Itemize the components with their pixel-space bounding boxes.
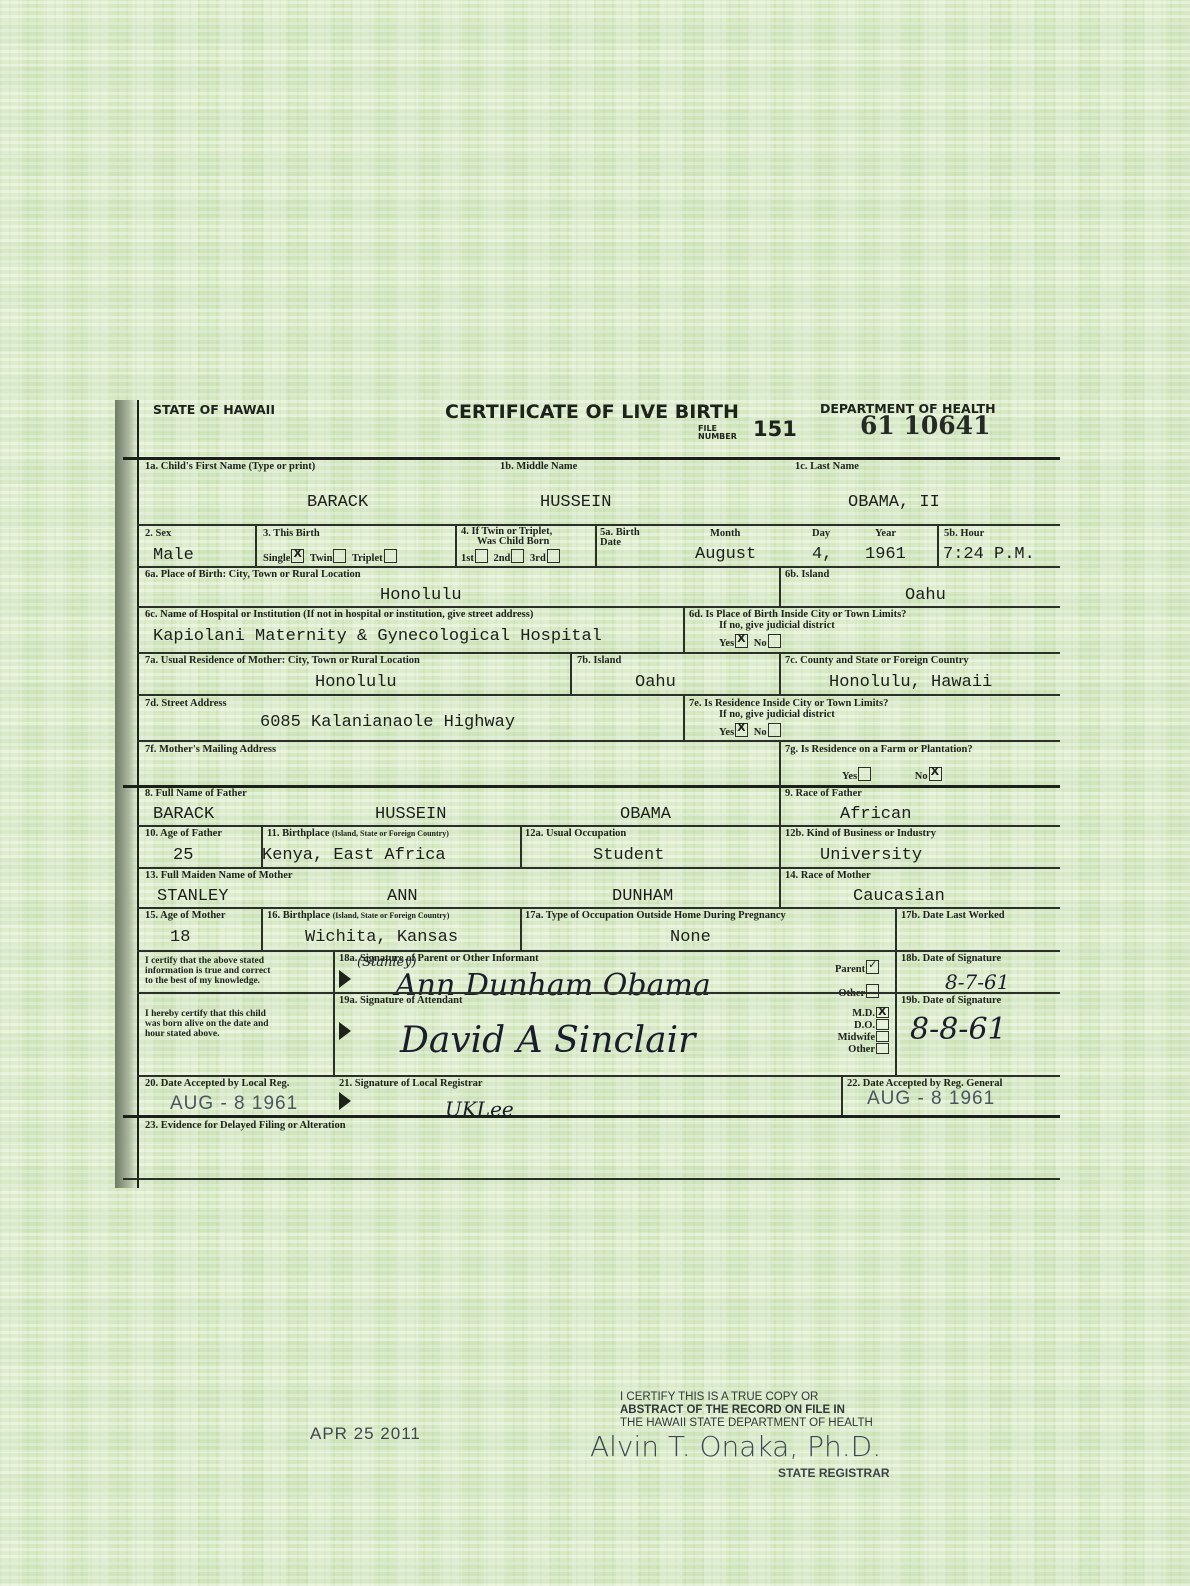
checkbox-parent[interactable]: ✓	[866, 960, 879, 974]
twin-order-options: 1st 2nd 3rd	[461, 549, 563, 565]
label-father-occupation: 12a. Usual Occupation	[525, 828, 626, 840]
checkbox-midwife[interactable]	[876, 1031, 889, 1042]
child-last-name: OBAMA, II	[848, 493, 940, 512]
row-divider	[137, 867, 1060, 869]
residence-city: Honolulu	[315, 673, 397, 692]
checkbox-place-inside-yes[interactable]: X	[735, 634, 748, 648]
col-divider	[520, 825, 522, 867]
col-divider	[937, 524, 939, 566]
father-middle-name: HUSSEIN	[375, 805, 446, 824]
col-divider	[595, 524, 597, 566]
father-first-name: BARACK	[153, 805, 214, 824]
label-last-name: 1c. Last Name	[795, 461, 859, 473]
label-first-name: 1a. Child's First Name (Type or print)	[145, 461, 315, 473]
father-age: 25	[173, 846, 193, 865]
mother-birthplace: Wichita, Kansas	[305, 928, 458, 947]
row-divider	[137, 825, 1060, 827]
birth-certificate: STATE OF HAWAII CERTIFICATE OF LIVE BIRT…	[115, 400, 1060, 1188]
label-residence-city: 7a. Usual Residence of Mother: City, Tow…	[145, 655, 420, 667]
left-border	[137, 400, 139, 1188]
option-do-label: D.O.	[854, 1020, 875, 1031]
child-middle-name: HUSSEIN	[540, 493, 611, 512]
certify-line: hour stated above.	[145, 1029, 269, 1039]
date-accepted-general-stamp: AUG - 8 1961	[867, 1088, 995, 1110]
label-father-age: 10. Age of Father	[145, 828, 222, 840]
row-divider	[137, 992, 1060, 994]
label-father-race: 9. Race of Father	[785, 788, 862, 800]
col-divider	[520, 907, 522, 950]
label-father-name: 8. Full Name of Father	[145, 788, 247, 800]
col-divider	[841, 1075, 843, 1115]
birthplace-label: 11. Birthplace	[267, 828, 329, 839]
child-sex: Male	[153, 546, 194, 565]
label-attendant-signature: 19a. Signature of Attendant	[339, 995, 462, 1007]
checkbox-attendant-other[interactable]	[876, 1043, 889, 1054]
row-divider	[137, 652, 1060, 654]
label-middle-name: 1b. Middle Name	[500, 461, 577, 473]
header-divider	[123, 457, 1060, 460]
checkbox-twin[interactable]	[333, 549, 346, 563]
certificate-number: 61 10641	[860, 411, 990, 440]
mother-age: 18	[170, 928, 190, 947]
attendant-certify-text: I hereby certify that this child was bor…	[145, 1009, 269, 1039]
label-year: Year	[875, 528, 896, 540]
birth-hour: 7:24 P.M.	[943, 545, 1035, 564]
option-md-label: M.D.	[852, 1008, 875, 1019]
twin-label-line2: Was Child Born	[461, 537, 552, 547]
row-divider	[137, 524, 1060, 526]
col-divider	[779, 652, 781, 694]
col-divider	[779, 785, 781, 825]
label-twin-order: 4. If Twin or Triplet, Was Child Born	[461, 527, 552, 547]
state-registrar-title: STATE REGISTRAR	[778, 1466, 890, 1480]
row-divider	[137, 606, 1060, 608]
label-date-local: 20. Date Accepted by Local Reg.	[145, 1078, 289, 1090]
sign-here-arrow-icon	[339, 1092, 351, 1110]
row-divider	[137, 694, 1060, 696]
checkbox-single[interactable]: X	[291, 549, 304, 563]
label-hour: 5b. Hour	[944, 528, 984, 540]
col-divider	[683, 606, 685, 652]
row-divider	[137, 1075, 1060, 1077]
checkbox-triplet[interactable]	[384, 549, 397, 563]
col-divider	[779, 566, 781, 606]
label-birth-date: 5a. Birth Date	[600, 528, 640, 548]
place-island: Oahu	[905, 586, 946, 605]
option-1st-label: 1st	[461, 553, 474, 564]
attendant-signature[interactable]: David A Sinclair	[400, 1020, 695, 1061]
mother-middle-name: ANN	[387, 887, 418, 906]
label-day: Day	[812, 528, 830, 540]
farm-options: Yes NoX	[842, 767, 945, 783]
label-local-registrar-signature: 21. Signature of Local Registrar	[339, 1078, 483, 1090]
birth-year: 1961	[865, 545, 906, 564]
section-divider	[123, 785, 1060, 788]
col-divider	[683, 694, 685, 740]
label-residence-judicial: If no, give judicial district	[719, 709, 835, 721]
col-divider	[455, 524, 457, 566]
label-judicial-district: If no, give judicial district	[719, 620, 835, 632]
col-divider	[895, 907, 897, 950]
label-this-birth: 3. This Birth	[263, 528, 320, 540]
scan-edge-shadow	[115, 400, 137, 1188]
option-twin-label: Twin	[310, 553, 333, 564]
birth-month: August	[695, 545, 756, 564]
certify-line: was born alive on the date and	[145, 1019, 269, 1029]
hospital-name: Kapiolani Maternity & Gynecological Hosp…	[153, 627, 602, 646]
mother-race: Caucasian	[853, 887, 945, 906]
label-residence-island: 7b. Island	[577, 655, 621, 667]
col-divider	[255, 524, 257, 566]
file-label-2: NUMBER	[698, 433, 737, 441]
col-divider	[895, 950, 897, 1075]
row-divider	[137, 740, 1060, 742]
row-divider	[137, 950, 1060, 952]
checkbox-residence-inside-no[interactable]	[768, 723, 781, 737]
place-city: Honolulu	[380, 586, 462, 605]
col-divider	[779, 867, 781, 907]
label-evidence: 23. Evidence for Delayed Filing or Alter…	[145, 1120, 346, 1132]
checkbox-farm-yes[interactable]	[858, 767, 871, 781]
option-other-label: Other	[848, 1044, 875, 1055]
attendant-signature-date: 8-8-61	[910, 1012, 1007, 1047]
label-mother-race: 14. Race of Mother	[785, 870, 871, 882]
col-divider	[779, 825, 781, 867]
label-date-last-worked: 17b. Date Last Worked	[901, 910, 1005, 922]
father-birthplace: Kenya, East Africa	[262, 846, 446, 865]
label-residence-county: 7c. County and State or Foreign Country	[785, 655, 969, 667]
label-mailing-address: 7f. Mother's Mailing Address	[145, 744, 276, 756]
option-single-label: Single	[263, 553, 290, 564]
option-triplet-label: Triplet	[352, 553, 383, 564]
label-sex: 2. Sex	[145, 528, 171, 540]
birthplace-sublabel: (Island, State or Foreign Country)	[333, 911, 450, 920]
option-yes-label: Yes	[719, 638, 734, 649]
residence-county: Honolulu, Hawaii	[829, 673, 992, 692]
father-industry: University	[820, 846, 922, 865]
label-father-birthplace: 11. Birthplace (Island, State or Foreign…	[267, 828, 449, 840]
row-divider	[137, 566, 1060, 568]
option-3rd-label: 3rd	[530, 553, 546, 564]
certification-date-stamp: APR 25 2011	[310, 1424, 421, 1444]
col-divider	[779, 740, 781, 785]
child-first-name: BARACK	[307, 493, 368, 512]
option-no-label: No	[754, 727, 767, 738]
inside-limits-options: YesX No	[719, 634, 784, 650]
certify-line: I certify that the above stated	[145, 956, 270, 966]
option-yes-label: Yes	[842, 771, 857, 782]
state-heading: STATE OF HAWAII	[153, 402, 275, 417]
checkbox-do[interactable]	[876, 1019, 889, 1030]
father-occupation: Student	[593, 846, 664, 865]
file-number-label: FILE NUMBER	[698, 425, 737, 441]
option-parent-label: Parent	[835, 964, 865, 975]
residence-street: 6085 Kalanianaole Highway	[260, 713, 515, 732]
certify-line: to the best of my knowledge.	[145, 976, 270, 986]
residence-island: Oahu	[635, 673, 676, 692]
col-divider	[333, 950, 335, 1075]
birthplace-sublabel: (Island, State or Foreign Country)	[332, 829, 449, 838]
label-mother-occupation: 17a. Type of Occupation Outside Home Dur…	[525, 910, 786, 922]
date-accepted-local-stamp: AUG - 8 1961	[170, 1093, 298, 1115]
row-divider	[137, 907, 1060, 909]
option-midwife-label: Midwife	[838, 1032, 875, 1043]
option-2nd-label: 2nd	[493, 553, 510, 564]
checkbox-residence-inside-yes[interactable]: X	[735, 723, 748, 737]
checkbox-3rd[interactable]	[547, 549, 560, 563]
certify-line: ABSTRACT OF THE RECORD ON FILE IN	[620, 1404, 873, 1417]
father-race: African	[840, 805, 911, 824]
sign-here-arrow-icon	[339, 1022, 351, 1040]
certification-statement: I CERTIFY THIS IS A TRUE COPY OR ABSTRAC…	[620, 1391, 873, 1430]
label-month: Month	[710, 528, 740, 540]
attendant-type-options: M.D.X D.O. Midwife Other	[810, 1007, 892, 1055]
col-divider	[261, 907, 263, 950]
this-birth-options: SingleX Twin Triplet	[263, 549, 400, 565]
option-no-label: No	[915, 771, 928, 782]
document-title: CERTIFICATE OF LIVE BIRTH	[445, 401, 739, 423]
label-hospital: 6c. Name of Hospital or Institution (If …	[145, 609, 533, 621]
certify-line: THE HAWAII STATE DEPARTMENT OF HEALTH	[620, 1417, 873, 1430]
father-last-name: OBAMA	[620, 805, 671, 824]
informant-certify-text: I certify that the above stated informat…	[145, 956, 270, 986]
section-divider	[123, 1115, 1060, 1118]
option-yes-label: Yes	[719, 727, 734, 738]
informant-relation-options: Parent✓ Other	[835, 960, 882, 1000]
mother-last-name: DUNHAM	[612, 887, 673, 906]
checkbox-place-inside-no[interactable]	[768, 634, 781, 648]
checkbox-1st[interactable]	[475, 549, 488, 563]
label-place-city: 6a. Place of Birth: City, Town or Rural …	[145, 569, 361, 581]
certify-line: I CERTIFY THIS IS A TRUE COPY OR	[620, 1391, 873, 1404]
label-farm: 7g. Is Residence on a Farm or Plantation…	[785, 744, 973, 756]
checkbox-md[interactable]: X	[876, 1007, 889, 1018]
label-street: 7d. Street Address	[145, 698, 227, 710]
certify-line: information is true and correct	[145, 966, 270, 976]
mother-occupation: None	[670, 928, 711, 947]
label-attendant-date: 19b. Date of Signature	[901, 995, 1001, 1007]
residence-inside-options: YesX No	[719, 723, 784, 739]
label-mother-name: 13. Full Maiden Name of Mother	[145, 870, 293, 882]
label-father-industry: 12b. Kind of Business or Industry	[785, 828, 936, 840]
checkbox-informant-other[interactable]	[866, 984, 879, 998]
mother-first-name: STANLEY	[157, 887, 228, 906]
label-mother-birthplace: 16. Birthplace (Island, State or Foreign…	[267, 910, 449, 922]
bottom-border	[123, 1178, 1060, 1180]
birthplace-label: 16. Birthplace	[267, 910, 330, 921]
col-divider	[570, 652, 572, 694]
label-place-island: 6b. Island	[785, 569, 829, 581]
file-number: 151	[753, 417, 797, 441]
option-no-label: No	[754, 638, 767, 649]
state-registrar-signature: Alvin T. Onaka, Ph.D.	[590, 1430, 881, 1463]
label-informant-date: 18b. Date of Signature	[901, 953, 1001, 965]
checkbox-farm-no[interactable]: X	[929, 767, 942, 781]
birth-day: 4,	[812, 545, 832, 564]
sign-here-arrow-icon	[339, 970, 351, 988]
checkbox-2nd[interactable]	[511, 549, 524, 563]
certify-line: I hereby certify that this child	[145, 1009, 269, 1019]
label-mother-age: 15. Age of Mother	[145, 910, 225, 922]
informant-signature-date: 8-7-61	[945, 970, 1009, 994]
